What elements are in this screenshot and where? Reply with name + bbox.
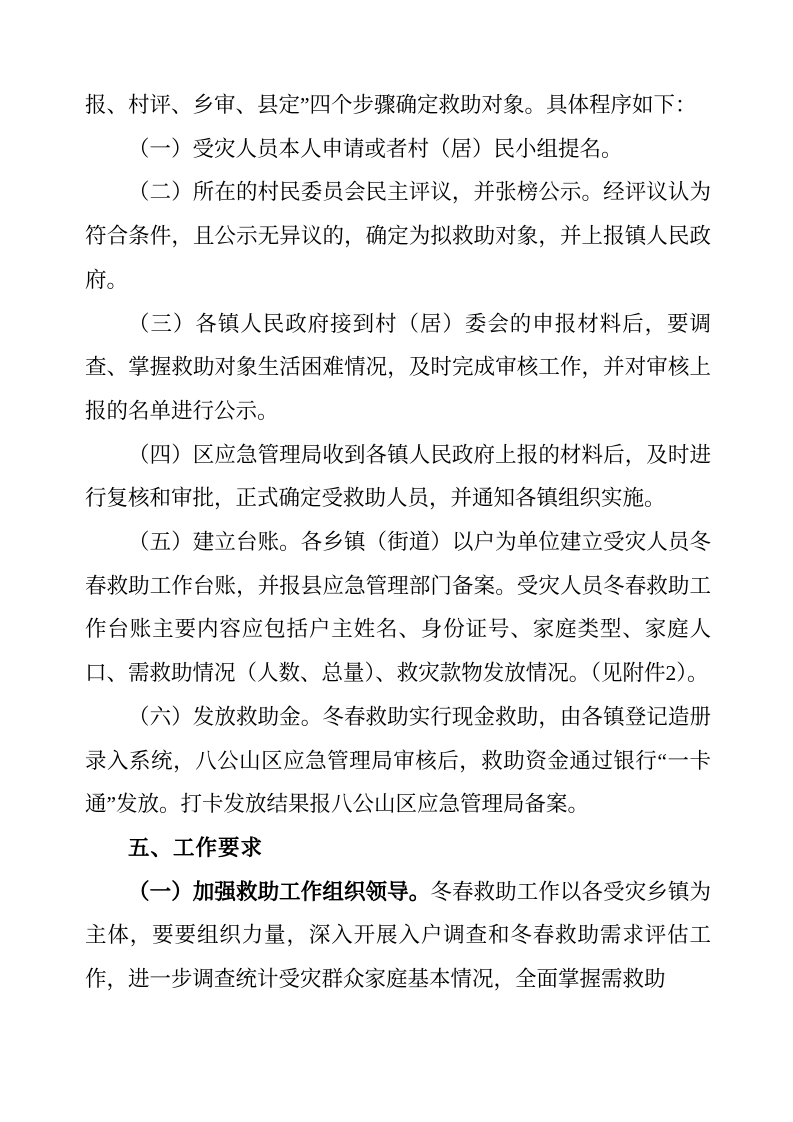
paragraph: 报、村评、乡审、县定”四个步骤确定救助对象。具体程序如下：	[85, 84, 711, 128]
document-body: 报、村评、乡审、县定”四个步骤确定救助对象。具体程序如下：（一）受灾人员本人申请…	[85, 84, 711, 1002]
paragraph: （一）加强救助工作组织领导。冬春救助工作以各受灾乡镇为主体，要要组织力量，深入开…	[85, 871, 711, 1002]
paragraph: （三）各镇人民政府接到村（居）委会的申报材料后，要调查、掌握救助对象生活困难情况…	[85, 303, 711, 434]
section-heading: 五、工作要求	[85, 827, 711, 871]
document-page: 报、村评、乡审、县定”四个步骤确定救助对象。具体程序如下：（一）受灾人员本人申请…	[0, 0, 793, 1122]
paragraph: （五）建立台账。各乡镇（街道）以户为单位建立受灾人员冬春救助工作台账，并报县应急…	[85, 521, 711, 696]
paragraph: （一）受灾人员本人申请或者村（居）民小组提名。	[85, 128, 711, 172]
paragraph: （四）区应急管理局收到各镇人民政府上报的材料后，及时进行复核和审批，正式确定受救…	[85, 434, 711, 521]
paragraph-bold-lead: （一）加强救助工作组织领导。	[128, 880, 430, 904]
paragraph: （二）所在的村民委员会民主评议，并张榜公示。经评议认为符合条件，且公示无异议的，…	[85, 171, 711, 302]
paragraph: （六）发放救助金。冬春救助实行现金救助，由各镇登记造册录入系统，八公山区应急管理…	[85, 696, 711, 827]
